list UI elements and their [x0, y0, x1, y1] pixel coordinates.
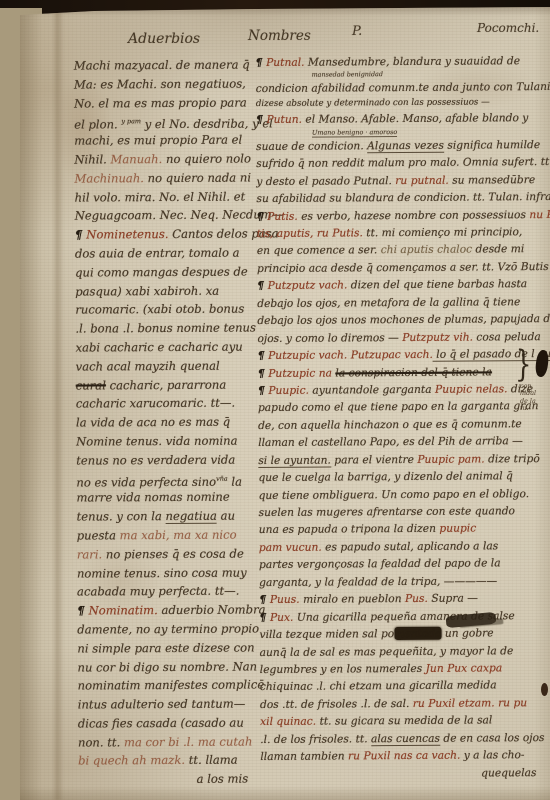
- manuscript-line: bi quech ah mazk. tt. llama: [78, 751, 262, 771]
- manuscript-photo: Aduerbios Nombres P. Pocomchi. Machi maz…: [0, 0, 550, 800]
- manuscript-line: ¶ Putun. el Manso. Afable. Manso, afable…: [256, 109, 546, 128]
- text-run: dos .tt. de frisoles .l. de sal.: [260, 697, 413, 711]
- text-run: Algunas vezes: [367, 139, 444, 154]
- text-run: rari.: [77, 547, 102, 561]
- manuscript-line: ¶ Pux. Una gicarilla pequeña amanera de …: [259, 607, 549, 626]
- text-run: principio aca desde q̄ començamos a ser.…: [257, 260, 549, 275]
- text-run: llaman tambien: [260, 750, 348, 764]
- text-run: ¶: [259, 611, 270, 624]
- text-run: quequelas: [481, 766, 536, 779]
- manuscript-line: puesta ma xabi, ma xa nico: [77, 525, 261, 545]
- manuscript-line: llaman tambien ru Puxil nas ca vach. y a…: [260, 746, 550, 765]
- text-run: y el No. desdriba, y el: [141, 117, 273, 132]
- text-run: que tiene ombliguera. Un como papo en el…: [258, 487, 529, 502]
- text-run: ¶: [259, 593, 270, 606]
- manuscript-line: no es vida perfecta sinovn̄a la: [76, 469, 260, 489]
- manuscript-line: rucomaric. (xabi otob. bonus: [75, 300, 259, 320]
- manuscript-line: hil volo. mira. No. el Nihil. et: [75, 187, 259, 207]
- text-run: ¶: [75, 228, 87, 242]
- text-run: a los mis: [197, 772, 249, 786]
- text-run: rucomaric. (xabi otob. bonus: [75, 302, 244, 317]
- manuscript-line: tenus. y con la negatiua au: [77, 507, 261, 527]
- manuscript-line: pam vucun. es papudo sutal, aplicando a …: [259, 537, 549, 556]
- text-run: chi aputis chaloc: [381, 243, 473, 257]
- text-run: nominatim manifestes complicē: [78, 678, 265, 693]
- text-run: marre vida nomas nomine: [76, 490, 229, 505]
- margin-note-line: tu.: [520, 405, 548, 412]
- text-run: xabi cacharic e cacharic ayu: [75, 339, 242, 354]
- text-run: no pienses q̄ es cosa de: [102, 546, 244, 561]
- text-run: ru putnal.: [395, 173, 449, 186]
- text-run: la conspiracion del q̄ tiene la: [335, 365, 492, 379]
- text-run: Neguagcoam. Nec. Neq. Necdum—: [75, 208, 284, 223]
- text-run: ¶: [258, 366, 269, 379]
- text-run: nomine tenus. sino cosa muy: [77, 565, 247, 580]
- manuscript-line: que le cuelga la barriga, y dizenlo del …: [258, 467, 548, 486]
- text-run: ru Puxil nas ca vach.: [348, 749, 460, 763]
- manuscript-line: ojos. y como lo diremos — Putzputz vih. …: [257, 328, 547, 347]
- text-run: miralo en pueblon: [300, 592, 405, 606]
- manuscript-line: machi, es mui propio Para el: [74, 131, 258, 151]
- text-run: Nomine tenus. vida nomina: [76, 434, 238, 449]
- text-run: Putzputz vih.: [402, 330, 473, 343]
- text-run: ¶: [256, 113, 267, 126]
- manuscript-line: suelen las mugeres afrentarse con este q…: [259, 502, 549, 521]
- manuscript-line: principio aca desde q̄ començamos a ser.…: [257, 258, 547, 277]
- manuscript-line: pasqua) xabi xabiroh. xa: [75, 281, 259, 301]
- manuscript-line: si le ayuntan. para el vientre Puupic pa…: [258, 450, 548, 469]
- manuscript-line: nu cor bi digo su nombre. Nan: [77, 657, 261, 677]
- text-run: Nihil.: [74, 152, 110, 166]
- text-run: ojos. y como lo diremos —: [257, 331, 402, 345]
- text-run: lo q̄ el pasado de l aue: [433, 347, 550, 362]
- manuscript-line: ¶ Puupic. ayuntandole garganta Puupic ne…: [258, 380, 548, 399]
- text-run: no quiero nolo: [162, 151, 251, 166]
- text-run: cural: [76, 378, 106, 392]
- manuscript-line: chiquinac .l. chi etzam una gicarilla me…: [260, 676, 550, 695]
- text-run: suelen las mugeres afrentarse con este q…: [259, 504, 515, 519]
- column-heading-adverbios: Aduerbios: [128, 31, 200, 47]
- manuscript-line: que tiene ombliguera. Un como papo en el…: [258, 485, 548, 504]
- manuscript-line: ¶ Nominetenus. Cantos delos pasa: [75, 225, 259, 245]
- manuscript-line: nomine tenus. sino cosa muy: [77, 563, 261, 583]
- text-run: tenus. y con la: [77, 509, 166, 524]
- manuscript-line: el plon. y pam y el No. desdriba, y el: [74, 112, 258, 132]
- manuscript-line: dos auia de entrar, tomalo a: [75, 243, 259, 263]
- text-run: ni simple para este dizese con: [77, 640, 254, 655]
- manuscript-line: ¶ Puus. miralo en pueblon Pus. Supra —: [259, 589, 549, 608]
- text-run: Puupic pam.: [417, 452, 484, 465]
- manuscript-line: a los mis: [78, 770, 262, 790]
- text-run: au: [217, 509, 235, 523]
- text-run: tt. su gicara su medida de la sal: [316, 714, 492, 728]
- manuscript-line: aunq̄ la de sal es mas pequeñita, y mayo…: [260, 641, 550, 660]
- text-run: dize tripō: [485, 452, 540, 465]
- manuscript-line: debajo los ojos, en metafora de la galli…: [257, 293, 547, 312]
- text-run: Puupic nelas.: [435, 382, 508, 396]
- manuscript-line: legumbres y en los numerales Jun Pux cax…: [260, 659, 550, 678]
- text-run: cacharic, pararrona: [106, 377, 226, 392]
- text-run: Putzupic vach. Putzupac vach.: [268, 348, 433, 362]
- text-run: alas cuencas: [371, 731, 440, 745]
- text-run: damente, no ay termino propio: [77, 621, 259, 636]
- text-run: significa humilde: [444, 138, 540, 152]
- text-run: ¶: [258, 349, 269, 362]
- manuscript-line: nominatim manifestes complicē: [78, 676, 262, 696]
- text-run: tt. mi comienço mi principio,: [363, 225, 523, 239]
- text-run: Machi mazyacal. de manera q̄: [74, 57, 250, 72]
- manuscript-line: en que comence a ser. chi aputis chaloc …: [257, 240, 547, 259]
- text-run: dizese absolute y determinado con las po…: [256, 97, 490, 109]
- text-run: Puupic.: [268, 384, 309, 397]
- text-run: mentada: [394, 627, 441, 640]
- ink-dot: [541, 683, 548, 696]
- text-run: aunq̄ la de sal es mas pequeñita, y mayo…: [260, 644, 514, 659]
- manuscript-line: llaman el castellano Papo, es del Pih de…: [258, 432, 548, 451]
- text-run: Machinuah.: [74, 171, 144, 185]
- text-run: No. el ma es mas propio para: [74, 95, 247, 110]
- manuscript-line: dicas fies casada (casado au: [78, 713, 262, 733]
- text-run: nu Pu: [529, 207, 550, 220]
- manuscript-line: Nihil. Manuah. no quiero nolo: [74, 149, 258, 169]
- text-run: non. tt.: [78, 735, 124, 749]
- text-run: Umano benigno · amoroso: [312, 128, 397, 138]
- manuscript-line: Nomine tenus. vida nomina: [76, 431, 260, 451]
- text-run: dicas fies casada (casado au: [78, 715, 244, 730]
- text-run: llaman el castellano Papo, es del Pih de…: [258, 434, 523, 449]
- text-run: Mansedumbre, blandura y suauidad de: [304, 54, 520, 69]
- manuscript-line: .l. bona .l. bonus nomine tenus: [75, 319, 259, 339]
- text-run: cacharic xarucomaric. tt—.: [76, 396, 235, 411]
- text-run: negatiua: [165, 509, 217, 524]
- text-run: bi quech ah mazk.: [78, 753, 185, 768]
- text-run: y a las cho-: [460, 748, 524, 761]
- text-run: acabada muy perfecta. tt—.: [77, 584, 239, 599]
- column-heading-nombres: Nombres: [248, 28, 311, 44]
- manuscript-line: intus adulterio sed tantum—: [78, 695, 262, 715]
- text-run: cosa peluda: [473, 330, 541, 343]
- text-run: dizen del que tiene barbas hasta: [347, 277, 527, 291]
- text-run: que le cuelga la barriga, y dizenlo del …: [258, 469, 513, 484]
- text-run: la vida de aca no es mas q̄: [76, 415, 230, 430]
- text-run: partes vergonçosas la fealdad del papo d…: [259, 557, 501, 572]
- margin-bracket-icon: }: [515, 344, 532, 386]
- text-run: Ma: es Machi. son negatiuos,: [74, 76, 246, 91]
- text-run: tenus no es verdadera vida: [76, 452, 235, 467]
- text-run: dos auia de entrar, tomalo a: [75, 246, 240, 261]
- text-run: Putnal.: [266, 56, 305, 69]
- text-run: papudo como el que tiene papo en la garg…: [258, 399, 539, 414]
- manuscript-line: marre vida nomas nomine: [76, 488, 260, 508]
- text-run: ¶: [258, 384, 269, 397]
- text-run: xil quinac.: [260, 715, 316, 728]
- text-run: el Manso. Afable. Manso, afable blando y: [302, 111, 528, 126]
- manuscript-line: acabada muy perfecta. tt—.: [77, 582, 261, 602]
- manuscript-line: non. tt. ma cor bi .l. ma cutah: [78, 732, 262, 752]
- text-run: Jun Pux caxpa: [426, 661, 503, 675]
- manuscript-line: ¶ Putis. es verbo, hazese nombre con pos…: [257, 206, 547, 225]
- manuscript-line: ¶ Putzputz vach. dizen del que tiene bar…: [257, 275, 547, 294]
- manuscript-line: ¶ Nominatim. aduerbio Nombra: [77, 601, 261, 621]
- text-run: de en casa los ojos: [440, 731, 545, 745]
- text-run: ru Puxil etzam. ru pu: [413, 696, 527, 710]
- text-run: villa tezque miden sal po: [259, 627, 394, 641]
- manuscript-line: villa tezque miden sal pomentada un gobr…: [259, 624, 549, 643]
- manuscript-line: sufrido q̄ non reddit malum pro malo. Om…: [256, 153, 546, 172]
- text-run: ¶: [257, 279, 268, 292]
- text-run: es papudo sutal, aplicando a las: [322, 539, 499, 553]
- manuscript-line: de, con aquella hinchazon o que es q̄ co…: [258, 415, 548, 434]
- text-run: pam vucun.: [259, 540, 322, 553]
- manuscript-line: No. el ma es mas propio para: [74, 93, 258, 113]
- text-run: nu cor bi digo su nombre. Nan: [77, 659, 257, 674]
- text-run: qui como mangas despues de: [75, 264, 248, 279]
- text-run: Manuah.: [110, 152, 162, 166]
- text-run: ma cor bi .l. ma cutah: [124, 734, 253, 749]
- text-run: Nominetenus.: [86, 227, 168, 242]
- binding-crease: [52, 10, 66, 800]
- manuscript-line: debajo los ojos unos mochones de plumas,…: [257, 310, 547, 329]
- text-run: tis, aputis, ru Putis.: [257, 226, 363, 240]
- manuscript-line: damente, no ay termino propio: [77, 619, 261, 639]
- text-run: debajo los ojos unos mochones de plumas,…: [257, 312, 550, 327]
- text-run: si le ayuntan.: [258, 453, 331, 468]
- manuscript-line: quequelas: [260, 764, 550, 783]
- text-run: un gobre: [441, 626, 493, 639]
- text-run: vach acal mayzih quenal: [76, 358, 220, 373]
- text-run: garganta, y la fealdad de la tripa, ————…: [259, 574, 497, 589]
- text-run: desde mi: [472, 243, 524, 256]
- text-run: tt. llama: [185, 753, 238, 767]
- manuscript-line: su afabilidad su blandura de condicion. …: [256, 188, 546, 207]
- manuscript-line: Machi mazyacal. de manera q̄: [74, 55, 258, 75]
- text-run: Putis.: [267, 209, 298, 222]
- text-run: ¶: [77, 604, 89, 618]
- manuscript-line: Machinuah. no quiero nada ni: [74, 168, 258, 188]
- text-run: .l. bona .l. bonus nomine tenus: [75, 321, 256, 336]
- manuscript-line: ni simple para este dizese con: [77, 638, 261, 658]
- text-run: ma xabi, ma xa nico: [120, 528, 237, 543]
- text-run: Pux.: [270, 610, 294, 623]
- text-run: puupic: [439, 522, 476, 535]
- manuscript-line: la vida de aca no es mas q̄: [76, 413, 260, 433]
- text-run: Supra —: [428, 592, 478, 605]
- manuscript-line: dos .tt. de frisoles .l. de sal. ru Puxi…: [260, 694, 550, 713]
- text-run: Pus.: [405, 592, 428, 605]
- manuscript-line: ¶ Putnal. Mansedumbre, blandura y suauid…: [255, 52, 545, 71]
- manuscript-line: vach acal mayzih quenal: [76, 356, 260, 376]
- manuscript-line: xabi cacharic e cacharic ayu: [75, 337, 259, 357]
- text-run: puesta: [77, 528, 120, 542]
- text-run: intus adulterio sed tantum—: [78, 697, 246, 712]
- text-run: machi, es mui propio Para el: [74, 133, 242, 148]
- text-run: en que comence a ser.: [257, 244, 381, 258]
- text-run: y pam: [121, 118, 141, 126]
- manuscript-line: tis, aputis, ru Putis. tt. mi comienço m…: [257, 223, 547, 242]
- text-run: no quiero nada ni: [144, 170, 251, 185]
- text-run: su mansedūbre: [449, 173, 535, 187]
- text-run: Puus.: [270, 593, 300, 606]
- text-run: el plon.: [74, 118, 121, 132]
- text-run: para el vientre: [331, 453, 418, 467]
- text-run: Putzupic na: [268, 366, 332, 379]
- manuscript-line: rari. no pienses q̄ es cosa de: [77, 544, 261, 564]
- column-left: Machi mazyacal. de manera q̄Ma: es Machi…: [74, 55, 262, 789]
- text-run: Putun.: [266, 113, 302, 126]
- margin-note: conhidalde latu.: [520, 383, 548, 413]
- text-run: y desto el pasado Putnal.: [256, 174, 395, 188]
- manuscript-line: papudo como el que tiene papo en la garg…: [258, 397, 548, 416]
- text-run: ¶: [257, 210, 268, 223]
- text-run: no es vida perfecta sino: [76, 474, 216, 489]
- manuscript-line: garganta, y la fealdad de la tripa, ————…: [259, 572, 549, 591]
- manuscript-line: condicion afabilidad comunm.te anda junt…: [256, 78, 546, 97]
- text-run: suaue de condicion.: [256, 139, 367, 153]
- text-run: ¶: [255, 56, 266, 69]
- manuscript-line: cacharic xarucomaric. tt—.: [76, 394, 260, 414]
- manuscript-line: ¶ Putzupic na la conspiracion del q̄ tie…: [258, 362, 548, 381]
- text-run: una es papuda o tripona la dizen: [259, 522, 440, 536]
- text-run: .l. de los frisoles. tt.: [260, 732, 371, 746]
- manuscript-line: ¶ Putzupic vach. Putzupac vach. lo q̄ el…: [258, 345, 548, 364]
- manuscript-line: y desto el pasado Putnal. ru putnal. su …: [256, 171, 546, 190]
- text-run: hil volo. mira. No. el Nihil. et: [75, 189, 246, 204]
- text-run: sufrido q̄ non reddit malum pro malo. Om…: [256, 155, 550, 170]
- manuscript-line: tenus no es verdadera vida: [76, 450, 260, 470]
- manuscript-line: cural cacharic, pararrona: [76, 375, 260, 395]
- letter-mark: P.: [352, 24, 362, 39]
- column-right: ¶ Putnal. Mansedumbre, blandura y suauid…: [255, 52, 550, 783]
- manuscript-line: Ma: es Machi. son negatiuos,: [74, 74, 258, 94]
- text-run: chiquinac .l. chi etzam una gicarilla me…: [260, 679, 497, 694]
- manuscript-line: Neguagcoam. Nec. Neq. Necdum—: [75, 206, 259, 226]
- text-run: es verbo, hazese nombre con possessiuos: [298, 208, 530, 223]
- text-run: de, con aquella hinchazon o que es q̄ co…: [258, 417, 522, 432]
- manuscript-line: qui como mangas despues de: [75, 262, 259, 282]
- text-run: Putzputz vach.: [268, 279, 348, 293]
- text-run: debajo los ojos, en metafora de la galli…: [257, 295, 520, 310]
- text-run: legumbres y en los numerales: [260, 662, 426, 676]
- text-run: mansedad benignidad: [312, 71, 383, 79]
- text-run: pasqua) xabi xabiroh. xa: [75, 283, 219, 298]
- text-run: Nominatim.: [89, 603, 158, 617]
- manuscript-line: xil quinac. tt. su gicara su medida de l…: [260, 711, 550, 730]
- manuscript-line: una es papuda o tripona la dizen puupic: [259, 519, 549, 538]
- text-run: condicion afabilidad comunm.te anda junt…: [256, 80, 550, 95]
- text-run: la: [228, 474, 242, 488]
- text-run: vn̄a: [216, 474, 228, 482]
- text-run: su afabilidad su blandura de condicion. …: [256, 190, 550, 205]
- running-title-pocomchi: Pocomchi.: [477, 21, 539, 35]
- text-run: aduerbio Nombra: [158, 603, 266, 618]
- manuscript-line: .l. de los frisoles. tt. alas cuencas de…: [260, 729, 550, 748]
- text-run: ayuntandole garganta: [309, 383, 435, 397]
- manuscript-line: suaue de condicion. Algunas vezes signif…: [256, 136, 546, 155]
- manuscript-line: partes vergonçosas la fealdad del papo d…: [259, 554, 549, 573]
